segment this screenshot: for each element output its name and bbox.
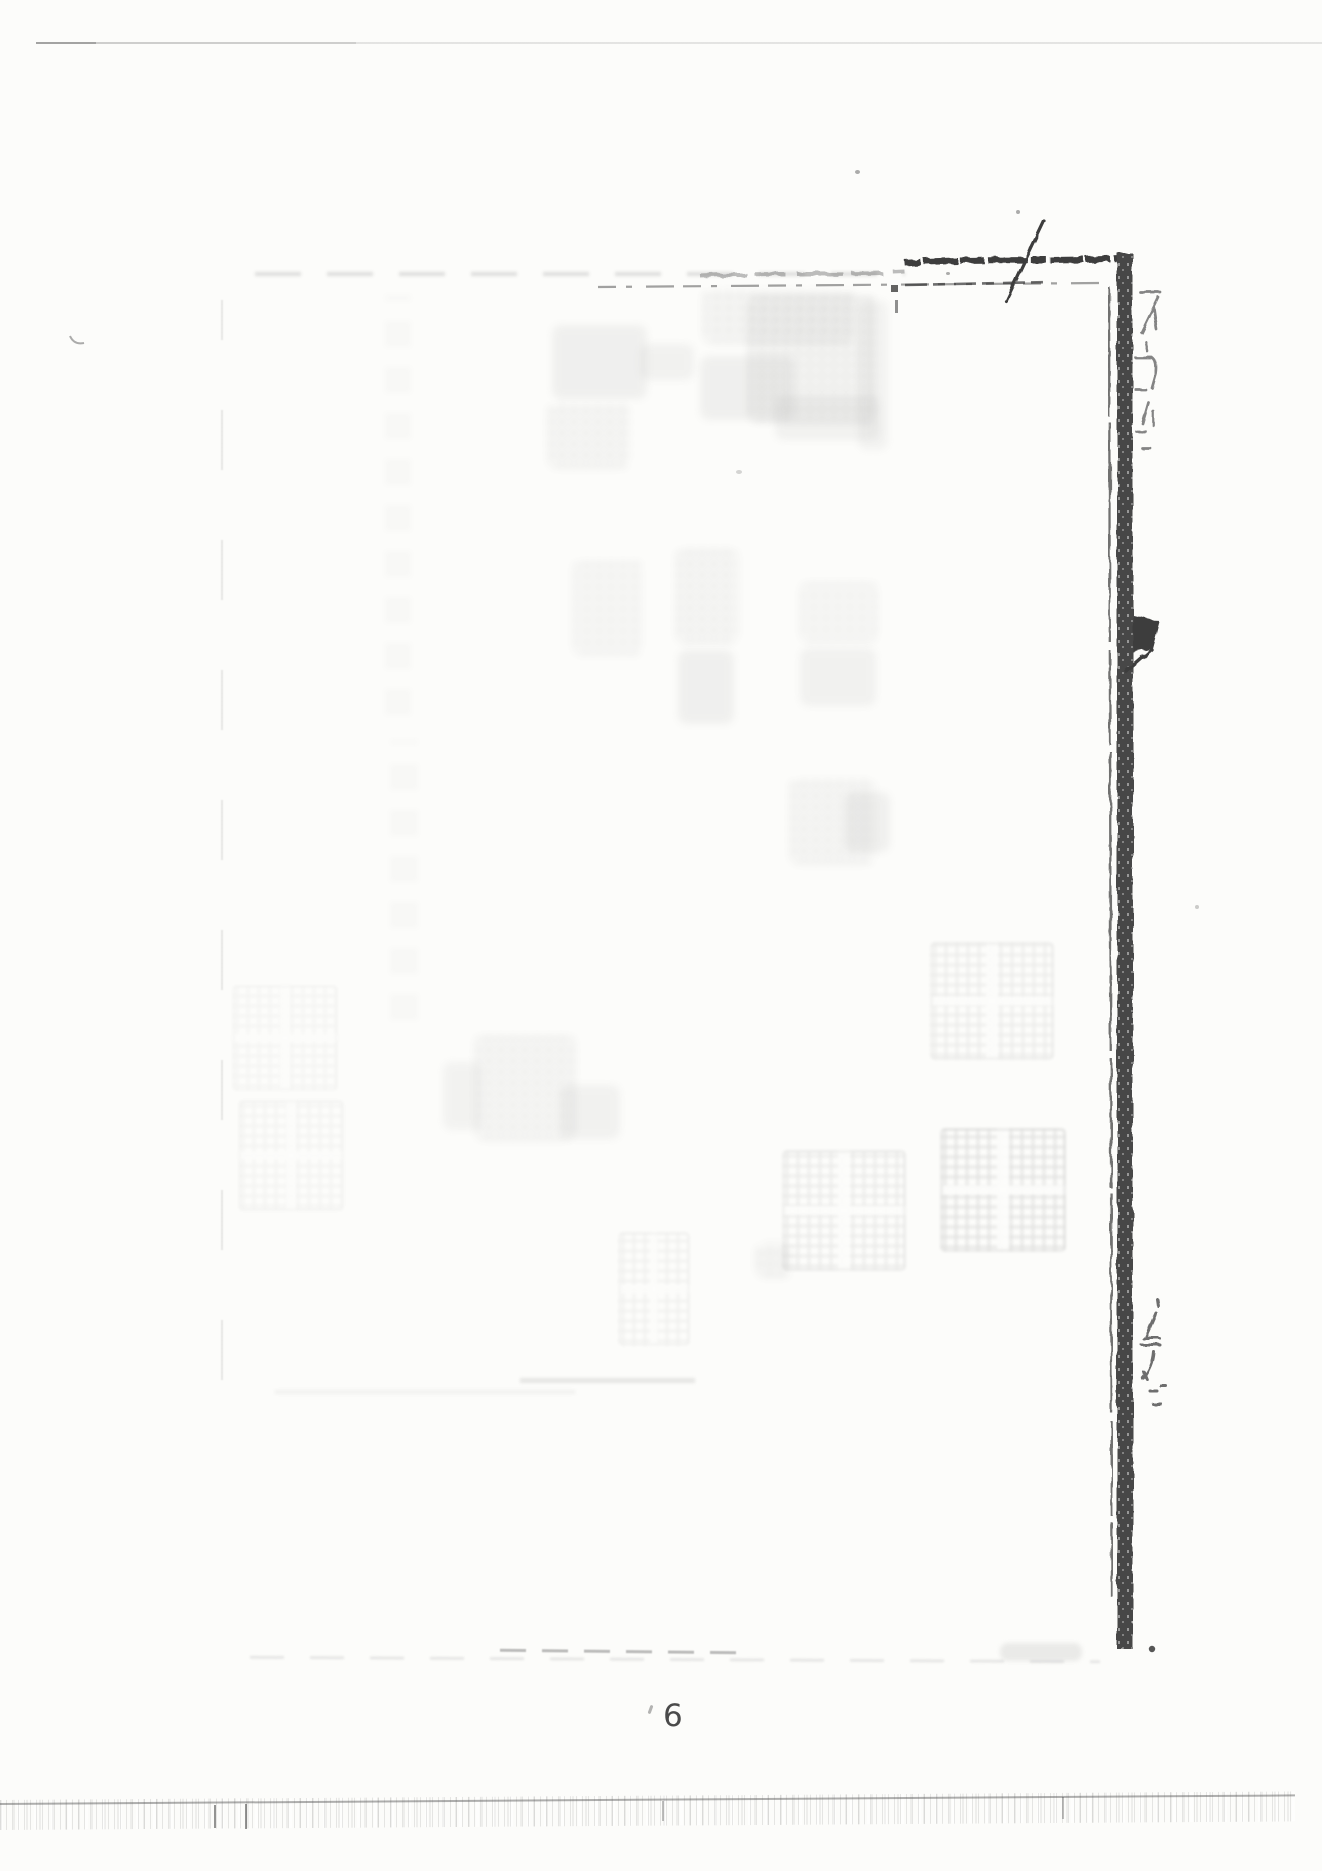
margin-glyph-fragments-lower	[1142, 1300, 1166, 1404]
left-edge-squiggle	[70, 336, 84, 343]
printed-frame-overlay	[0, 0, 1322, 1871]
scan-tick	[214, 1805, 216, 1828]
frame-top-inner-line	[598, 282, 1100, 313]
margin-glyph-fragments-upper	[1136, 292, 1160, 448]
page-number: 6	[663, 1698, 683, 1734]
scan-tick	[1062, 1797, 1064, 1819]
scanned-page: 6	[0, 0, 1322, 1871]
scan-tick	[662, 1801, 664, 1821]
frame-right-dark-bar	[1117, 253, 1133, 1649]
ink-dot	[1149, 1646, 1155, 1652]
frame-top-dark-line	[700, 258, 1130, 276]
frame-right-thin-line	[1109, 287, 1112, 1597]
scan-tick	[245, 1804, 247, 1829]
